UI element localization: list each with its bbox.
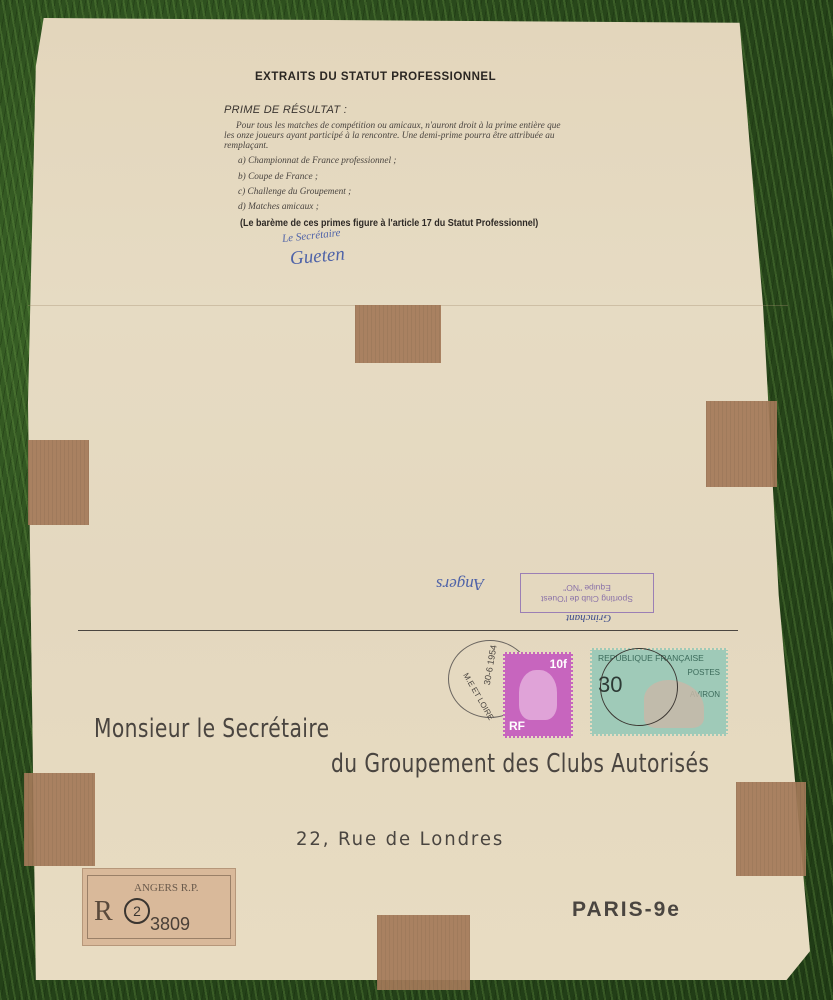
address-line-2: du Groupement des Clubs Autorisés: [331, 749, 709, 779]
tape-left-lower: [24, 773, 95, 866]
rule-paragraph: Pour tous les matches de compétition ou …: [224, 121, 569, 151]
list-item: b) Coupe de France ;: [238, 172, 318, 182]
registered-label-frame: R 2 ANGERS R.P. 3809: [87, 875, 231, 939]
list-item: c) Challenge du Groupement ;: [238, 187, 351, 197]
registered-number: 3809: [150, 914, 190, 935]
stamp-country: RF: [509, 719, 525, 733]
address-street: 22, Rue de Londres: [296, 828, 504, 850]
address-city: PARIS-9e: [572, 898, 681, 922]
divider-line: [78, 630, 738, 631]
stamp-cancellation-circle: [600, 648, 678, 726]
marianne-portrait-icon: [519, 670, 557, 720]
list-item: d) Matches amicaux ;: [238, 202, 319, 212]
club-stamp-line2: Equipe "NO": [521, 582, 653, 593]
stamp-sub-postes: POSTES: [688, 668, 720, 677]
registered-mail-label: R 2 ANGERS R.P. 3809: [82, 868, 236, 946]
tape-bottom-center: [377, 915, 470, 990]
club-rubber-stamp: Sporting Club de l'Ouest Equipe "NO": [520, 573, 654, 613]
handwritten-angers: Angers: [436, 574, 484, 594]
tape-right-lower: [736, 782, 806, 876]
section-heading: PRIME DE RÉSULTAT :: [224, 104, 347, 116]
handwritten-name: Grinchant: [566, 612, 611, 624]
postage-stamp-marianne: 10f RF: [503, 652, 573, 738]
list-item: a) Championnat de France professionnel ;: [238, 156, 396, 166]
address-line-1: Monsieur le Secrétaire: [94, 714, 329, 744]
club-stamp-line1: Sporting Club de l'Ouest: [521, 593, 653, 604]
document-title: EXTRAITS DU STATUT PROFESSIONNEL: [255, 71, 496, 83]
scale-note: (Le barème de ces primes figure à l'arti…: [240, 218, 538, 229]
registered-letter: R: [94, 896, 113, 928]
registered-circle-number: 2: [124, 898, 150, 924]
stamp-value: 10f: [550, 657, 567, 671]
tape-left-upper: [28, 440, 89, 525]
tape-top-center: [355, 305, 441, 363]
registered-office: ANGERS R.P.: [134, 882, 199, 894]
tape-right-upper: [706, 401, 777, 487]
